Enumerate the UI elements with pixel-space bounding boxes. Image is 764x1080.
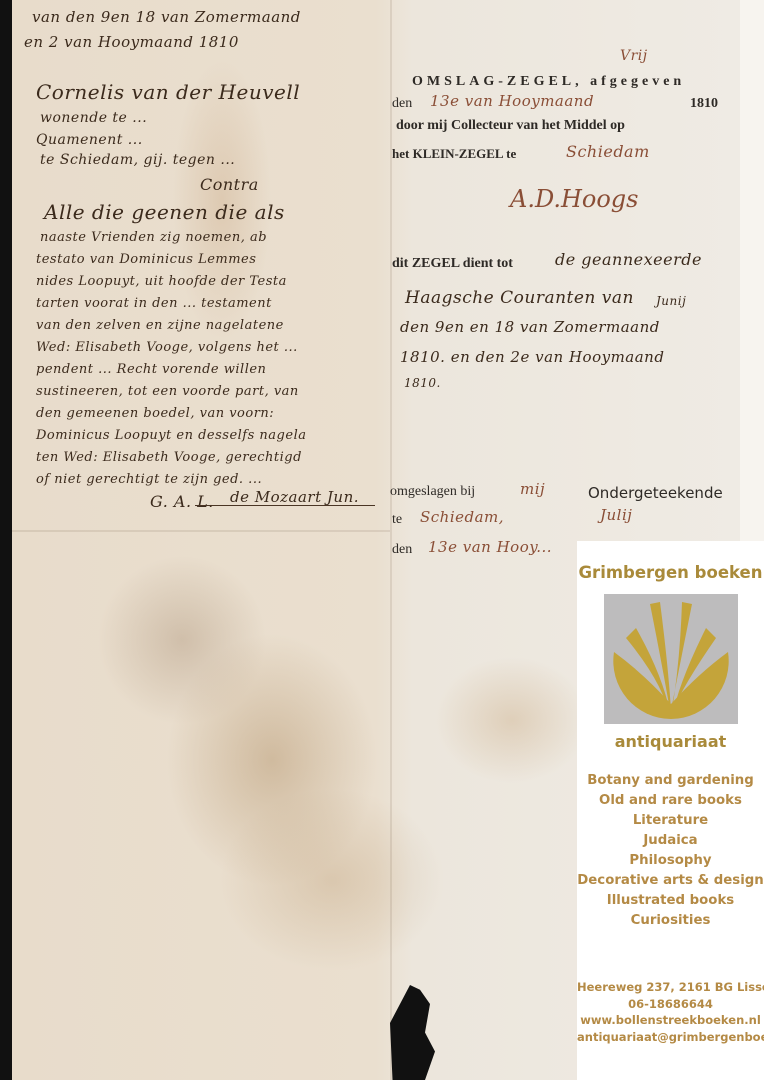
- hw-line-name: Cornelis van der Heuvell: [36, 80, 300, 104]
- hw-line: Alle die geenen die als: [44, 200, 285, 224]
- printed-klein-zegel: het KLEIN-ZEGEL te: [392, 146, 516, 162]
- hw-line: of niet gerechtigt te zijn ged. ...: [36, 472, 262, 487]
- printed-omslag-zegel: OMSLAG-ZEGEL, afgegeven: [412, 74, 685, 90]
- hw-mij: mij: [520, 480, 545, 498]
- hw-line: van den zelven en zijne nagelatene: [36, 318, 284, 333]
- hw-couranten: Haagsche Couranten van: [405, 288, 634, 308]
- printed-omgeslagen: omgeslagen bij: [390, 484, 475, 500]
- printed-ondergeteekende: Ondergeteekende: [588, 484, 723, 502]
- hw-junij: Junij: [656, 294, 686, 308]
- ad-phone: 06-18686644: [577, 996, 764, 1013]
- hw-vrij-mark: Vrij: [620, 48, 648, 64]
- printed-den: den: [392, 96, 412, 112]
- hw-line: Quamenent ...: [36, 132, 143, 148]
- hw-line-contra: Contra: [200, 175, 259, 194]
- hw-line: ten Wed: Elisabeth Vooge, gerechtigd: [36, 450, 302, 465]
- hw-line: wonende te ...: [40, 110, 147, 126]
- hw-schiedam: Schiedam,: [420, 508, 504, 526]
- printed-dit-zegel: dit ZEGEL dient tot: [392, 256, 513, 272]
- paper-fold-vertical: [390, 0, 392, 1080]
- golden-fan-plant-logo-icon: [604, 594, 738, 724]
- hw-line: naaste Vrienden zig noemen, ab: [40, 230, 267, 245]
- ad-category: Curiosities: [577, 911, 764, 931]
- hw-line: nides Loopuyt, uit hoofde der Testa: [36, 274, 287, 289]
- ad-subtitle: antiquariaat: [577, 732, 764, 751]
- ad-categories: Botany and gardening Old and rare books …: [577, 771, 764, 931]
- collector-signature: A.D.Hoogs: [510, 185, 730, 235]
- hw-initials: G. A. L.: [150, 492, 214, 511]
- ad-title: Grimbergen boeken: [577, 563, 764, 582]
- paper-fold-horizontal: [12, 530, 390, 532]
- printed-year: 1810: [690, 96, 718, 112]
- signature-underline: [195, 505, 375, 506]
- hw-line: van den 9en 18 van Zomermaand: [32, 8, 301, 26]
- ad-category: Illustrated books: [577, 891, 764, 911]
- ad-category: Judaica: [577, 831, 764, 851]
- ad-category: Botany and gardening: [577, 771, 764, 791]
- hw-line: den gemeenen boedel, van voorn:: [36, 406, 274, 421]
- ad-contact: Heereweg 237, 2161 BG Lisse 06-18686644 …: [577, 979, 764, 1045]
- bookseller-advertisement: Grimbergen boeken antiquariaat Botany an…: [577, 541, 764, 1080]
- hw-place: Schiedam: [566, 142, 650, 161]
- hw-line: sustineeren, tot een voorde part, van: [36, 384, 299, 399]
- hw-line: Dominicus Loopuyt en desselfs nagela: [36, 428, 306, 443]
- hw-line: testato van Dominicus Lemmes: [36, 252, 256, 267]
- hw-line: te Schiedam, gij. tegen ...: [40, 152, 235, 168]
- ad-category: Literature: [577, 811, 764, 831]
- ad-email-link[interactable]: antiquariaat@grimbergenboeken.nl: [577, 1029, 764, 1046]
- hw-line: Wed: Elisabeth Vooge, volgens het ...: [36, 340, 298, 355]
- ad-website-link[interactable]: www.bollenstreekboeken.nl: [577, 1012, 764, 1029]
- printed-den-2: den: [392, 542, 412, 558]
- hw-dates-line: den 9en en 18 van Zomermaand: [400, 318, 660, 336]
- ad-address: Heereweg 237, 2161 BG Lisse: [577, 979, 764, 996]
- ad-category: Philosophy: [577, 851, 764, 871]
- hw-line: en 2 van Hooymaand 1810: [24, 33, 239, 51]
- hw-year: 1810.: [404, 376, 441, 390]
- printed-te: te: [392, 512, 402, 528]
- hw-date-2: 13e van Hooy...: [428, 538, 552, 556]
- hw-line: tarten voorat in den ... testament: [36, 296, 272, 311]
- hw-dates-line: 1810. en den 2e van Hooymaand: [400, 348, 664, 366]
- hw-purpose: de geannexeerde: [555, 250, 702, 269]
- hw-signature-lawyer: de Mozaart Jun.: [230, 488, 359, 506]
- hw-line: pendent ... Recht vorende willen: [36, 362, 266, 377]
- ad-category: Decorative arts & design: [577, 871, 764, 891]
- hw-julij: Julij: [600, 506, 632, 524]
- printed-collecteur: door mij Collecteur van het Middel op: [396, 118, 625, 134]
- ad-category: Old and rare books: [577, 791, 764, 811]
- hw-date: 13e van Hooymaand: [430, 92, 594, 110]
